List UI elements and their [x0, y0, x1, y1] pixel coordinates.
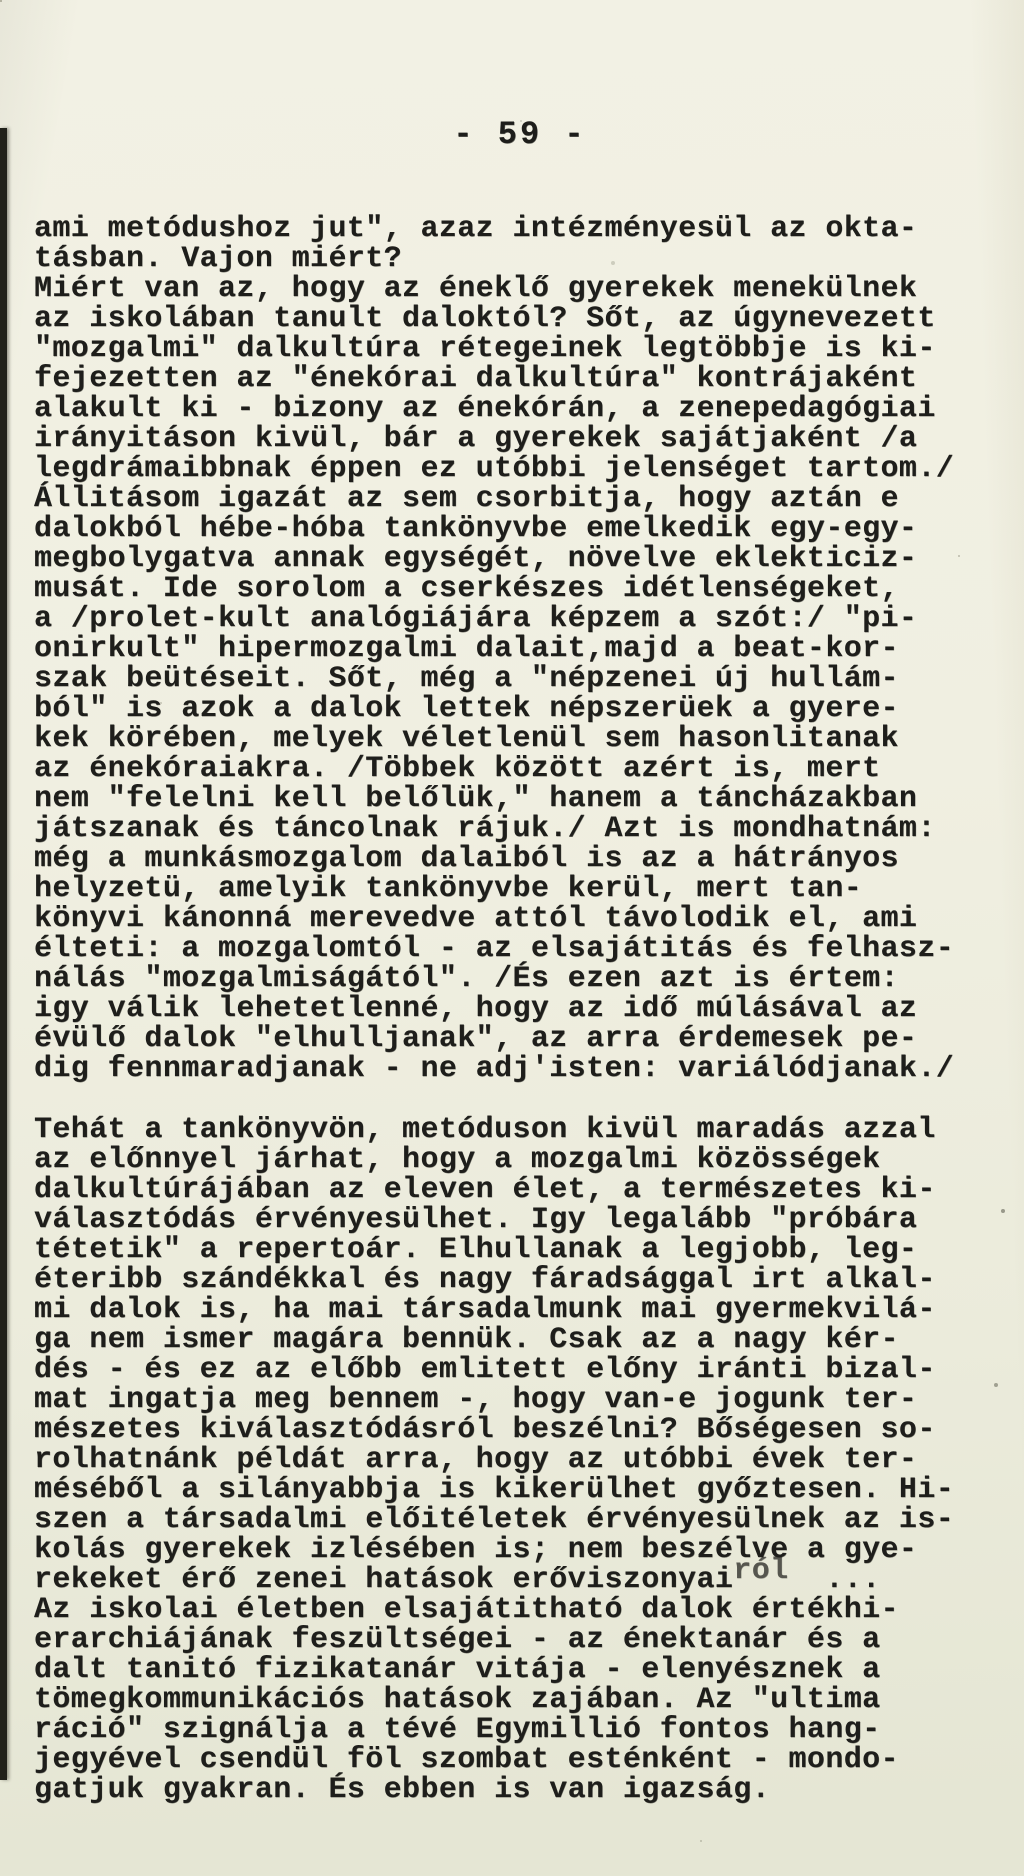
text-line: legdrámaibbnak éppen ez utóbbi jelensége… [34, 454, 1002, 484]
text-line: ból" is azok a dalok lettek népszerüek a… [34, 694, 1002, 724]
text-line: szen a társadalmi előitéletek érvényesül… [34, 1505, 1002, 1535]
text-line: "mozgalmi" dalkultúra rétegeinek legtöbb… [34, 334, 1002, 364]
text-line: alakult ki - bizony az énekórán, a zenep… [34, 394, 1002, 424]
text-line: még a munkásmozgalom dalaiból is az a há… [34, 844, 1002, 874]
text-line: szak beütéseit. Sőt, még a "népzenei új … [34, 664, 1002, 694]
text-line: az iskolában tanult daloktól? Sőt, az úg… [34, 304, 1002, 334]
page-number: - 59 - [16, 116, 1024, 153]
text-line: jegyével csendül föl szombat esténként -… [34, 1745, 1002, 1775]
text-line: ga nem ismer magára bennük. Csak az a na… [34, 1325, 1002, 1355]
text-line: választódás érvényesülhet. Igy legalább … [34, 1205, 1002, 1235]
paragraph: ami metódushoz jut", azaz intézményesül … [34, 214, 1002, 1084]
text-line: kek körében, melyek véletlenül sem hason… [34, 724, 1002, 754]
text-line: a /prolet-kult analógiájára képzem a szó… [34, 604, 1002, 634]
text-line: az előnnyel járhat, hogy a mozgalmi közö… [34, 1145, 1002, 1175]
text-line: onirkult" hipermozgalmi dalait,majd a be… [34, 634, 1002, 664]
text-line: nem "felelni kell belőlük," hanem a tánc… [34, 784, 1002, 814]
document-text: ami metódushoz jut", azaz intézményesül … [34, 214, 1002, 1805]
text-line: ráció" szignálja a tévé Egymillió fontos… [34, 1715, 1002, 1745]
text-line: mi dalok is, ha mai társadalmunk mai gye… [34, 1295, 1002, 1325]
text-line: irányitáson kivül, bár a gyerekek sajátj… [34, 424, 1002, 454]
text-line: fejezetten az "énekórai dalkultúra" kont… [34, 364, 1002, 394]
raised-typed-correction: ról [733, 1554, 788, 1588]
text-line: helyzetü, amelyik tankönyvbe kerül, mert… [34, 874, 1002, 904]
text-line: nálás "mozgalmiságától". /És ezen azt is… [34, 964, 1002, 994]
text-line: erarchiájának feszültségei - az énektaná… [34, 1625, 1002, 1655]
text-line: rekeket érő zenei hatások erőviszonyairó… [34, 1565, 1002, 1595]
text-line: ami metódushoz jut", azaz intézményesül … [34, 214, 1002, 244]
text-line: méséből a silányabbja is kikerülhet győz… [34, 1475, 1002, 1505]
text-line: mészetes kiválasztódásról beszélni? Bősé… [34, 1415, 1002, 1445]
text-line: az énekóraiakra. /Többek között azért is… [34, 754, 1002, 784]
text-segment: ... [789, 1563, 881, 1597]
text-line: éteribb szándékkal és nagy fáradsággal i… [34, 1265, 1002, 1295]
text-line: dalkultúrájában az eleven élet, a termés… [34, 1175, 1002, 1205]
text-line: gatjuk gyakran. És ebben is van igazság. [34, 1775, 1002, 1805]
text-line: mat ingatja meg bennem -, hogy van-e jog… [34, 1385, 1002, 1415]
text-line: dig fennmaradjanak - ne adj'isten: variá… [34, 1054, 1002, 1084]
text-line: dalokból hébe-hóba tankönyvbe emelkedik … [34, 514, 1002, 544]
paragraph: Tehát a tankönyvön, metóduson kivül mara… [34, 1115, 1002, 1805]
text-line: Az iskolai életben elsajátitható dalok é… [34, 1595, 1002, 1625]
text-line: tömegkommunikációs hatások zajában. Az "… [34, 1685, 1002, 1715]
text-line: Miért van az, hogy az éneklő gyerekek me… [34, 274, 1002, 304]
scan-speck-noise [0, 0, 2, 2]
text-line: dalt tanitó fizikatanár vitája - elenyés… [34, 1655, 1002, 1685]
text-line: dés - és ez az előbb emlitett előny irán… [34, 1355, 1002, 1385]
text-line: Állitásom igazát az sem csorbitja, hogy … [34, 484, 1002, 514]
scan-edge-artifact [0, 128, 7, 1780]
text-segment: rekeket érő zenei hatások erőviszonyai [34, 1563, 733, 1597]
text-line: rolhatnánk példát arra, hogy az utóbbi é… [34, 1445, 1002, 1475]
text-line: musát. Ide sorolom a cserkészes idétlens… [34, 574, 1002, 604]
text-line: tásban. Vajon miért? [34, 244, 1002, 274]
text-line: játszanak és táncolnak rájuk./ Azt is mo… [34, 814, 1002, 844]
text-line: megbolygatva annak egységét, növelve ekl… [34, 544, 1002, 574]
text-line: igy válik lehetetlenné, hogy az idő múlá… [34, 994, 1002, 1024]
text-line: kolás gyerekek izlésében is; nem beszélv… [34, 1535, 1002, 1565]
text-line: évülő dalok "elhulljanak", az arra érdem… [34, 1024, 1002, 1054]
text-line: Tehát a tankönyvön, metóduson kivül mara… [34, 1115, 1002, 1145]
text-line: könyvi kánonná merevedve attól távolodik… [34, 904, 1002, 934]
text-line: élteti: a mozgalomtól - az elsajátitás é… [34, 934, 1002, 964]
text-line: tétetik" a repertoár. Elhullanak a legjo… [34, 1235, 1002, 1265]
scanned-document-page: - 59 - ami metódushoz jut", azaz intézmé… [0, 0, 1024, 1876]
